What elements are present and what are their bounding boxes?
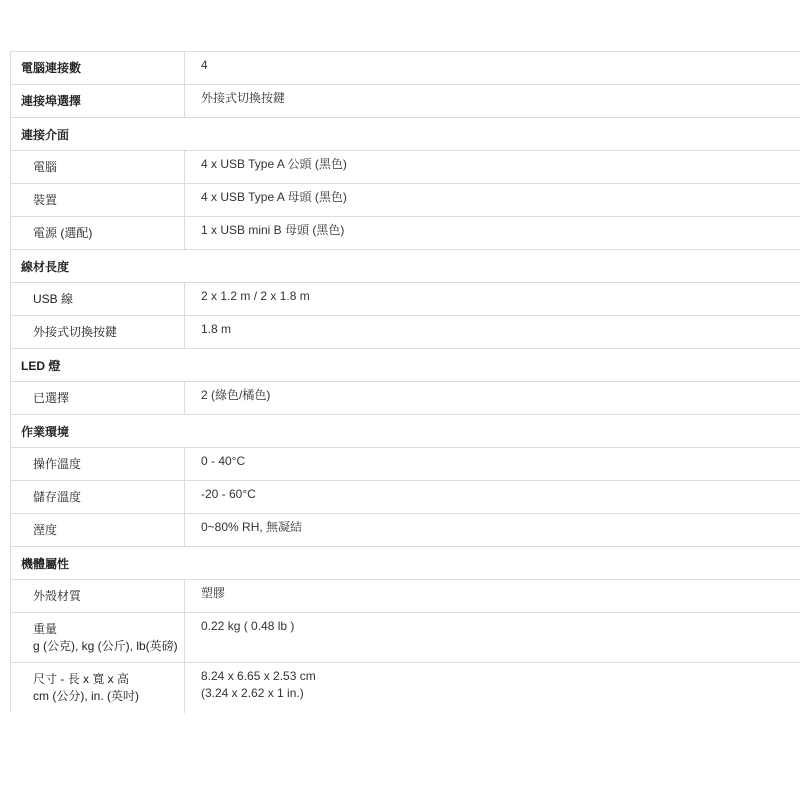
- spec-label: 外殼材質: [11, 580, 185, 612]
- spec-value: 4: [185, 52, 800, 84]
- spec-value: 1 x USB mini B 母頭 (黑色): [185, 217, 800, 249]
- spec-row-usb-cable: USB 線 2 x 1.2 m / 2 x 1.8 m: [11, 282, 800, 315]
- spec-row-port-selection: 連接埠選擇 外接式切換按鍵: [11, 84, 800, 117]
- spec-label: 外接式切換按鍵: [11, 316, 185, 348]
- spec-table: 電腦連接數 4 連接埠選擇 外接式切換按鍵 連接介面 電腦 4 x USB Ty…: [10, 51, 800, 713]
- spec-value: 外接式切換按鍵: [185, 85, 800, 117]
- spec-row-selected: 已選擇 2 (綠色/橘色): [11, 381, 800, 414]
- section-cable-length: 線材長度: [11, 249, 800, 282]
- spec-value: 4 x USB Type A 母頭 (黑色): [185, 184, 800, 216]
- spec-label-line: g (公克), kg (公斤), lb(英磅): [33, 638, 184, 655]
- spec-value: -20 - 60°C: [185, 481, 800, 513]
- spec-value: 2 x 1.2 m / 2 x 1.8 m: [185, 283, 800, 315]
- spec-value: 2 (綠色/橘色): [185, 382, 800, 414]
- spec-row-device: 裝置 4 x USB Type A 母頭 (黑色): [11, 183, 800, 216]
- spec-value: 0~80% RH, 無凝結: [185, 514, 800, 546]
- spec-label: 溼度: [11, 514, 185, 546]
- spec-row-dimensions: 尺寸 - 長 x 寬 x 高 cm (公分), in. (英吋) 8.24 x …: [11, 662, 800, 713]
- spec-label: 電腦連接數: [11, 52, 185, 84]
- spec-label-line: 重量: [33, 621, 184, 638]
- section-connectors: 連接介面: [11, 117, 800, 150]
- spec-value-line: 8.24 x 6.65 x 2.53 cm: [201, 668, 800, 685]
- spec-value: 8.24 x 6.65 x 2.53 cm (3.24 x 2.62 x 1 i…: [185, 663, 800, 713]
- spec-row-storage-temp: 儲存溫度 -20 - 60°C: [11, 480, 800, 513]
- spec-value: 4 x USB Type A 公頭 (黑色): [185, 151, 800, 183]
- section-led: LED 燈: [11, 348, 800, 381]
- spec-label: 已選擇: [11, 382, 185, 414]
- spec-row-weight: 重量 g (公克), kg (公斤), lb(英磅) 0.22 kg ( 0.4…: [11, 612, 800, 662]
- spec-value-line: (3.24 x 2.62 x 1 in.): [201, 685, 800, 702]
- section-physical: 機體屬性: [11, 546, 800, 579]
- spec-label-line: cm (公分), in. (英吋): [33, 688, 184, 705]
- spec-value: 塑膠: [185, 580, 800, 612]
- spec-row-pc-connections: 電腦連接數 4: [11, 51, 800, 84]
- spec-row-power: 電源 (選配) 1 x USB mini B 母頭 (黑色): [11, 216, 800, 249]
- spec-value: 1.8 m: [185, 316, 800, 348]
- spec-label: 電源 (選配): [11, 217, 185, 249]
- spec-label: 連接埠選擇: [11, 85, 185, 117]
- section-title: 連接介面: [11, 118, 69, 150]
- spec-label: 儲存溫度: [11, 481, 185, 513]
- section-title: LED 燈: [11, 349, 60, 381]
- spec-value: 0 - 40°C: [185, 448, 800, 480]
- spec-label: 尺寸 - 長 x 寬 x 高 cm (公分), in. (英吋): [11, 663, 185, 713]
- spec-value: 0.22 kg ( 0.48 lb ): [185, 613, 800, 662]
- spec-row-computer: 電腦 4 x USB Type A 公頭 (黑色): [11, 150, 800, 183]
- section-title: 機體屬性: [11, 547, 69, 579]
- spec-label: 電腦: [11, 151, 185, 183]
- spec-label: 操作溫度: [11, 448, 185, 480]
- spec-label-line: 尺寸 - 長 x 寬 x 高: [33, 671, 184, 688]
- spec-label: 重量 g (公克), kg (公斤), lb(英磅): [11, 613, 185, 662]
- section-title: 線材長度: [11, 250, 69, 282]
- spec-row-switch-cable: 外接式切換按鍵 1.8 m: [11, 315, 800, 348]
- spec-label: USB 線: [11, 283, 185, 315]
- section-environment: 作業環境: [11, 414, 800, 447]
- spec-row-housing: 外殼材質 塑膠: [11, 579, 800, 612]
- section-title: 作業環境: [11, 415, 69, 447]
- spec-row-operating-temp: 操作溫度 0 - 40°C: [11, 447, 800, 480]
- spec-row-humidity: 溼度 0~80% RH, 無凝結: [11, 513, 800, 546]
- spec-label: 裝置: [11, 184, 185, 216]
